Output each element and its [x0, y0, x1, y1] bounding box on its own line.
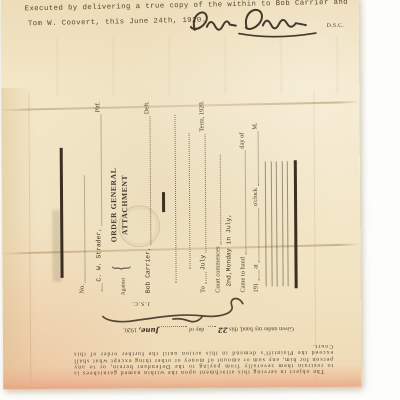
docket-title: ORDER GENERAL ATTACHMENT [108, 142, 131, 267]
blank-row-1 [169, 113, 176, 285]
docket-ruling-line [270, 161, 272, 286]
docket-title-line1: ORDER GENERAL [108, 142, 120, 267]
term-row: To July Term, 1920. [198, 101, 206, 293]
day-of-label: day of [239, 133, 246, 149]
plaintiff-row: C. W. Strader, Pltf. [94, 102, 102, 294]
to-label: To [200, 286, 207, 293]
signature-initials: J.S.C. [131, 300, 150, 306]
given-mid: day of [189, 326, 204, 332]
docket-ruling-line [276, 161, 278, 286]
oclock-label: o'clock [252, 188, 259, 206]
given-under-hand-line: Given under my hand, this 22 day of June… [96, 325, 294, 337]
docket-ruling-line [281, 161, 283, 286]
signature-suffix: D.S.C. [327, 23, 344, 29]
docket-top-rule [60, 148, 63, 278]
paper-stain-left [1, 88, 37, 388]
attachment-object-paragraph: The object in serving this attachment up… [73, 341, 333, 376]
fold-crease-vertical-right [313, 92, 316, 382]
plaintiff-name: C. W. Strader, [95, 228, 102, 282]
commences-value: 2nd,Monday in July, [225, 214, 233, 287]
docket-ruling-line [287, 161, 289, 286]
given-year: 1920. [123, 326, 137, 332]
given-day-handwritten: 22 [218, 326, 228, 335]
given-prefix: Given under my hand, this [229, 325, 294, 331]
meridiem-label: M. [252, 122, 259, 129]
plaintiff-label: Pltf. [94, 102, 101, 113]
year-label: 191 [253, 283, 260, 293]
against-label: Against [121, 278, 127, 295]
short-dash-mark [162, 192, 165, 212]
docket-title-line2: ATTACHMENT [119, 142, 131, 267]
document-paper: Executed by delivering a true copy of th… [1, 0, 362, 389]
commences-row: Court commences [214, 153, 222, 293]
blank-row-2 [184, 131, 191, 271]
came-to-hand-row: Came to hand day of [239, 133, 247, 293]
docket-number-row: No. [78, 174, 86, 294]
photo-backdrop: Executed by delivering a true copy of th… [0, 0, 400, 400]
fold-crease-vertical-left [28, 94, 31, 384]
term-value: July [199, 255, 206, 270]
no-label: No. [79, 284, 86, 293]
docket-bottom-rule [294, 160, 297, 288]
commences-value-row: 2nd,Monday in July, [224, 117, 232, 287]
commences-label: Court commences [214, 246, 221, 292]
defendant-row: Bob Carrier, Deft. [143, 101, 151, 293]
defendant-label: Deft. [143, 101, 150, 114]
year-time-row: 191 at o'clock M. [252, 122, 260, 292]
docket-panel: No. C. W. Strader, Pltf. Against { ORDER… [59, 96, 300, 298]
at-label: at [253, 264, 260, 269]
defendant-name: Bob Carrier, [144, 247, 151, 293]
docket-ruling-line [265, 161, 267, 286]
came-label: Came to hand [239, 257, 246, 293]
term-label: Term, 1920. [198, 101, 205, 132]
bleed-through-lines [56, 36, 346, 96]
sheriff-signature-clell-coleman [181, 2, 333, 43]
given-month-handwritten: June, [138, 326, 158, 335]
